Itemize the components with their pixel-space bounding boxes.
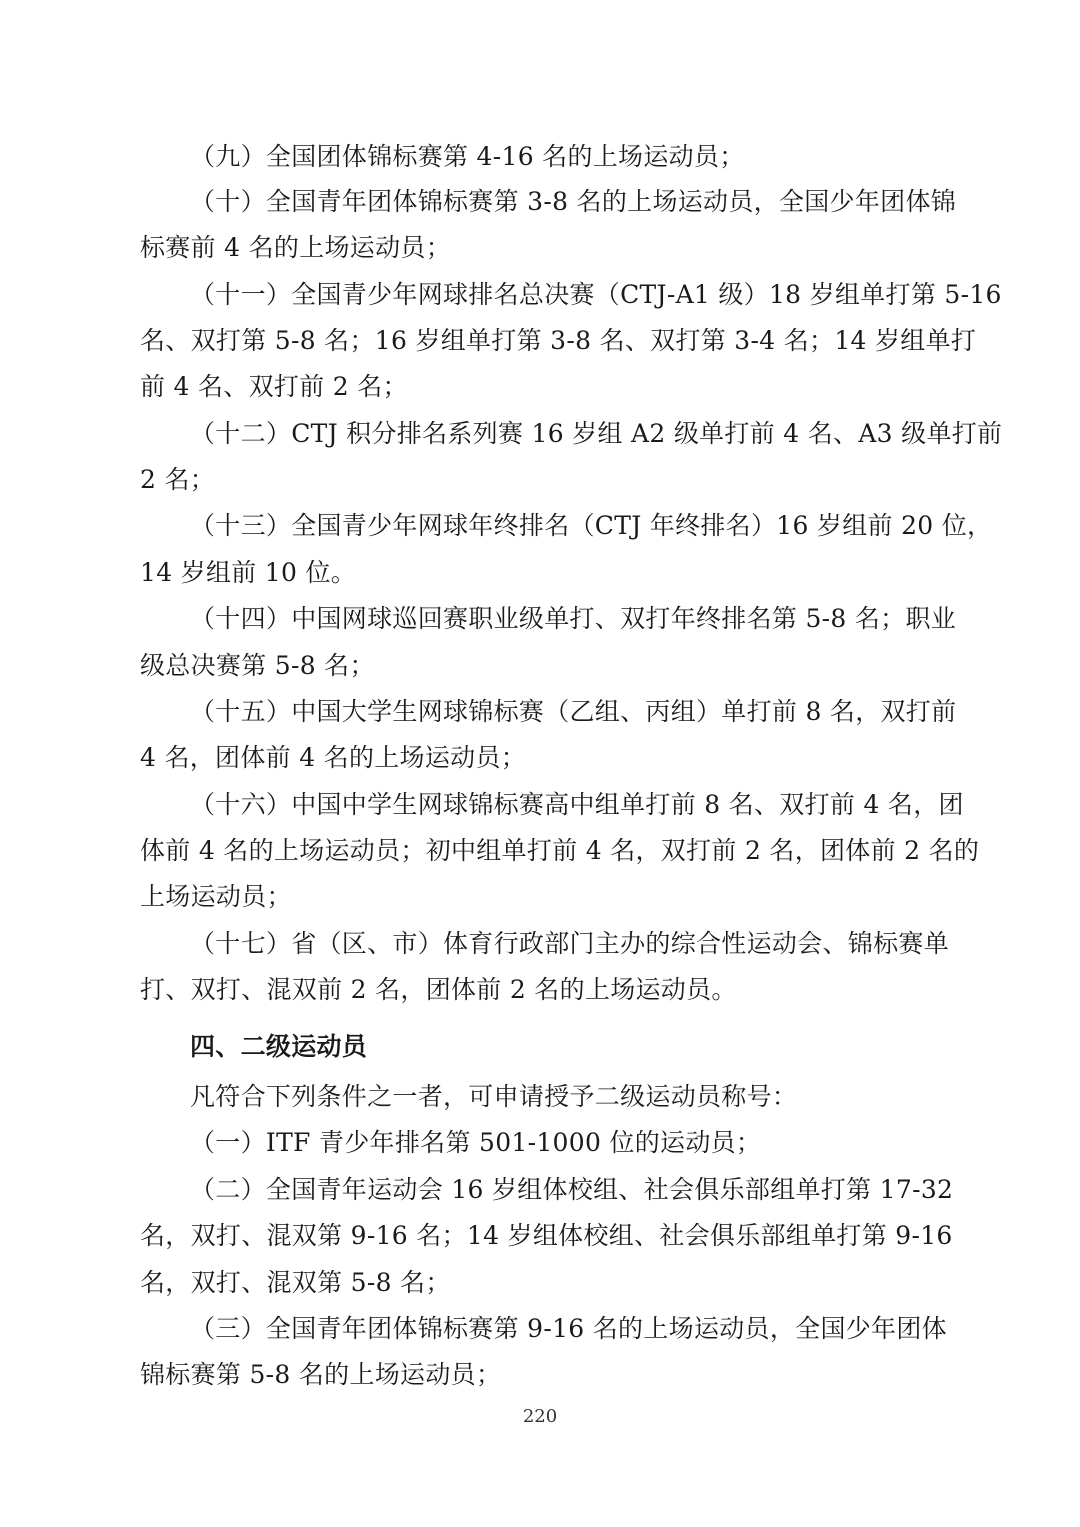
text-line: 级总决赛第 5-8 名；	[140, 646, 945, 686]
text-line: （十五）中国大学生网球锦标赛（乙组、丙组）单打前 8 名，双打前	[190, 692, 945, 732]
text-line: 锦标赛第 5-8 名的上场运动员；	[140, 1355, 945, 1395]
text-line: （十四）中国网球巡回赛职业级单打、双打年终排名第 5-8 名；职业	[190, 599, 945, 639]
text-line: 名，双打、混双第 5-8 名；	[140, 1263, 945, 1303]
text-line: （十七）省（区、市）体育行政部门主办的综合性运动会、锦标赛单	[190, 924, 945, 964]
section-heading: 四、二级运动员	[190, 1027, 945, 1067]
text-line: 凡符合下列条件之一者，可申请授予二级运动员称号：	[190, 1077, 945, 1117]
text-line: 前 4 名、双打前 2 名；	[140, 367, 945, 407]
text-line: 名、双打第 5-8 名；16 岁组单打第 3-8 名、双打第 3-4 名；14 …	[140, 321, 945, 361]
text-line: （二）全国青年运动会 16 岁组体校组、社会俱乐部组单打第 17-32	[190, 1170, 945, 1210]
text-line: （十三）全国青少年网球年终排名（CTJ 年终排名）16 岁组前 20 位，	[190, 506, 945, 546]
text-line: 打、双打、混双前 2 名，团体前 2 名的上场运动员。	[140, 970, 945, 1010]
text-line: 14 岁组前 10 位。	[140, 553, 945, 593]
text-line: （九）全国团体锦标赛第 4-16 名的上场运动员；	[190, 137, 945, 177]
text-line: 标赛前 4 名的上场运动员；	[140, 228, 945, 268]
text-line: 上场运动员；	[140, 877, 945, 917]
text-line: （十）全国青年团体锦标赛第 3-8 名的上场运动员，全国少年团体锦	[190, 182, 945, 222]
text-line: （十二）CTJ 积分排名系列赛 16 岁组 A2 级单打前 4 名、A3 级单打…	[190, 414, 945, 454]
text-line: （一）ITF 青少年排名第 501-1000 位的运动员；	[190, 1123, 945, 1163]
text-line: 名，双打、混双第 9-16 名；14 岁组体校组、社会俱乐部组单打第 9-16	[140, 1216, 945, 1256]
text-line: 2 名；	[140, 460, 945, 500]
page-number: 220	[0, 1405, 1080, 1429]
text-line: （十一）全国青少年网球排名总决赛（CTJ-A1 级）18 岁组单打第 5-16	[190, 275, 945, 315]
text-line: 体前 4 名的上场运动员；初中组单打前 4 名，双打前 2 名，团体前 2 名的	[140, 831, 945, 871]
document-page: （九）全国团体锦标赛第 4-16 名的上场运动员；（十）全国青年团体锦标赛第 3…	[0, 0, 1080, 1527]
text-line: （三）全国青年团体锦标赛第 9-16 名的上场运动员，全国少年团体	[190, 1309, 945, 1349]
text-line: （十六）中国中学生网球锦标赛高中组单打前 8 名、双打前 4 名，团	[190, 785, 945, 825]
text-line: 4 名，团体前 4 名的上场运动员；	[140, 738, 945, 778]
